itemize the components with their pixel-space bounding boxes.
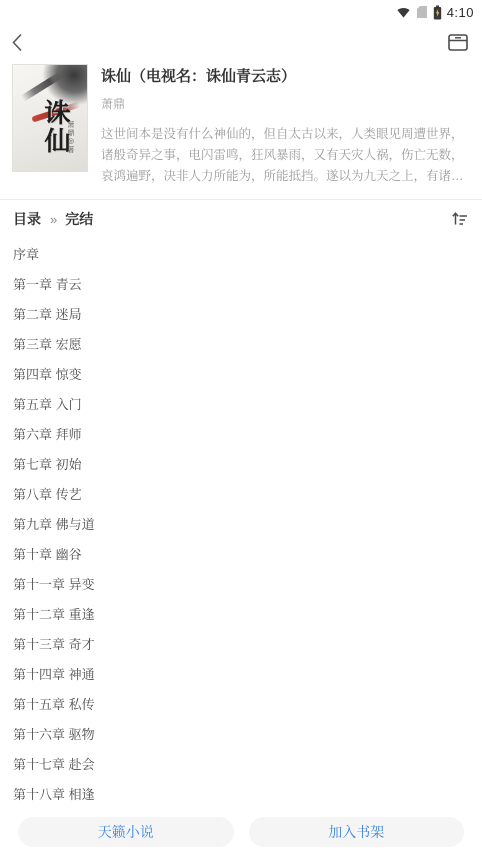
battery-charging-icon	[433, 5, 442, 20]
bottom-action-bar: 天籁小说 加入书架	[0, 810, 482, 864]
chapter-title: 第十一章 异变	[13, 574, 95, 593]
nav-bar	[0, 24, 482, 60]
chapter-item[interactable]: 第十二章 重逢	[0, 598, 482, 628]
chapter-list: 序章 第一章 青云 第二章 迷局 第三章 宏愿 第四章 惊变 第五章 入门 第六…	[0, 238, 482, 808]
clock-time: 4:10	[447, 5, 474, 20]
chapter-title: 第十章 幽谷	[13, 544, 82, 563]
chapter-title: 第三章 宏愿	[13, 334, 82, 353]
status-bar: 4:10	[0, 0, 482, 24]
cover-author-byline: 萧鼎◎著	[65, 121, 75, 154]
chapter-item[interactable]: 第十章 幽谷	[0, 538, 482, 568]
chapter-title: 第四章 惊变	[13, 364, 82, 383]
sort-ascending-icon[interactable]	[451, 211, 468, 227]
bookshelf-icon[interactable]	[448, 34, 468, 51]
chapter-item[interactable]: 第七章 初始	[0, 448, 482, 478]
chapter-title: 第十六章 驱物	[13, 724, 95, 743]
add-to-shelf-button[interactable]: 加入书架	[249, 817, 465, 847]
chapter-item[interactable]: 第十三章 奇才	[0, 628, 482, 658]
chapter-item[interactable]: 第十五章 私传	[0, 688, 482, 718]
back-chevron-icon[interactable]	[12, 33, 23, 52]
book-description: 这世间本是没有什么神仙的，但自太古以来，人类眼见周遭世界，诸般奇异之事，电闪雷鸣…	[101, 124, 470, 187]
chapter-item[interactable]: 第十七章 赴会	[0, 748, 482, 778]
chapter-item[interactable]: 第九章 佛与道	[0, 508, 482, 538]
source-app-button[interactable]: 天籁小说	[18, 817, 234, 847]
wifi-icon	[396, 5, 411, 19]
chapter-title: 第十八章 相逢	[13, 784, 95, 803]
chapter-title: 第一章 青云	[13, 274, 82, 293]
book-author: 萧鼎	[101, 95, 470, 112]
chapter-title: 第五章 入门	[13, 394, 82, 413]
chapter-item[interactable]: 第三章 宏愿	[0, 328, 482, 358]
chapter-title: 第六章 拜师	[13, 424, 82, 443]
chapter-item[interactable]: 第十六章 驱物	[0, 718, 482, 748]
chapter-item[interactable]: 第十一章 异变	[0, 568, 482, 598]
chapter-title: 第八章 传艺	[13, 484, 82, 503]
chapter-item[interactable]: 第十八章 相逢	[0, 778, 482, 808]
book-info-panel: 诛仙 萧鼎◎著 诛仙（电视名：诛仙青云志） 萧鼎 这世间本是没有什么神仙的，但自…	[0, 60, 482, 200]
chapter-item[interactable]: 第八章 传艺	[0, 478, 482, 508]
chapter-item[interactable]: 第十四章 神通	[0, 658, 482, 688]
chapter-title: 第十二章 重逢	[13, 604, 95, 623]
book-status-badge: 完结	[65, 209, 93, 229]
chapter-item[interactable]: 第四章 惊变	[0, 358, 482, 388]
chevrons-separator: »	[50, 212, 56, 227]
catalog-label[interactable]: 目录	[13, 209, 41, 229]
chapter-item[interactable]: 第六章 拜师	[0, 418, 482, 448]
chapter-title: 第十三章 奇才	[13, 634, 95, 653]
chapter-title: 第十七章 赴会	[13, 754, 95, 773]
chapter-item[interactable]: 第二章 迷局	[0, 298, 482, 328]
sim-icon	[416, 5, 428, 19]
catalog-header: 目录 » 完结	[0, 200, 482, 238]
chapter-item[interactable]: 序章	[0, 238, 482, 268]
chapter-title: 第七章 初始	[13, 454, 82, 473]
chapter-title: 第九章 佛与道	[13, 514, 95, 533]
chapter-title: 第十五章 私传	[13, 694, 95, 713]
chapter-item[interactable]: 第一章 青云	[0, 268, 482, 298]
book-cover-image[interactable]: 诛仙 萧鼎◎著	[12, 64, 88, 172]
chapter-title: 第二章 迷局	[13, 304, 82, 323]
chapter-title: 序章	[13, 244, 39, 263]
chapter-item[interactable]: 第五章 入门	[0, 388, 482, 418]
book-title: 诛仙（电视名：诛仙青云志）	[101, 67, 470, 87]
book-meta: 诛仙（电视名：诛仙青云志） 萧鼎 这世间本是没有什么神仙的，但自太古以来，人类眼…	[88, 64, 470, 187]
chapter-title: 第十四章 神通	[13, 664, 95, 683]
